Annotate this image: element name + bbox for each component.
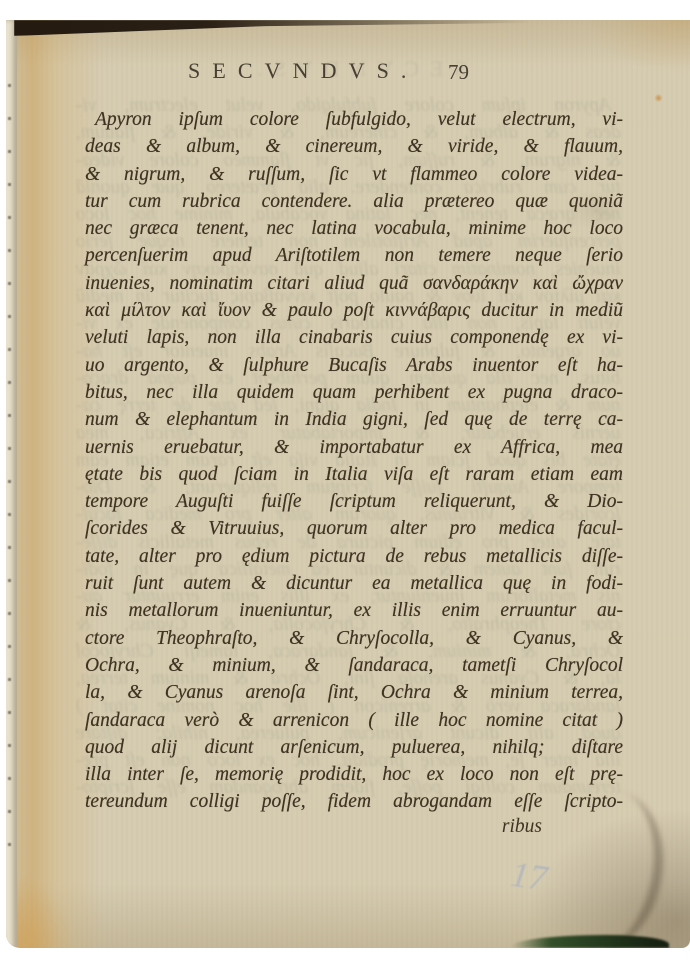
text-line: tate, alter pro ędium pictura de rebus m… (85, 543, 623, 570)
cover-edge-green (511, 935, 669, 948)
text-line: ſandaraca verò & arrenicon ( ille hoc no… (85, 707, 623, 734)
body-text-block: Apyron ipſum colore ſubfulgido, velut el… (85, 106, 623, 816)
text-line: num & elephantum in India gigni, ſed quę… (85, 406, 623, 433)
facing-page-edge (6, 20, 17, 948)
text-line: percenſuerim apud Ariſtotilem non temere… (85, 242, 623, 269)
running-title: SECVNDVS. (188, 58, 419, 84)
text-line: nec græca tenent, nec latina vocabula, m… (85, 215, 623, 242)
text-line: ruit ſunt autem & dicuntur ea metallica … (85, 570, 623, 597)
book-scan: SECVNDVS. SECVNDVS. 79 Apyron ipſum colo… (0, 0, 690, 976)
text-line: Apyron ipſum colore ſubfulgido, velut el… (85, 106, 623, 133)
text-line: ſcorides & Vitruuius, quorum alter pro m… (85, 515, 623, 542)
text-line: deas & album, & cinereum, & viride, & fl… (85, 133, 623, 160)
text-line: & nigrum, & ruſſum, ſic vt flammeo color… (85, 161, 623, 188)
text-line: ętate bis quod ſciam in Italia viſa eſt … (85, 461, 623, 488)
page-number: 79 (448, 60, 469, 85)
text-line: bitus, nec illa quidem quam perhibent ex… (85, 379, 623, 406)
text-line: nis metallorum inueniuntur, ex illis eni… (85, 597, 623, 624)
text-line: la, & Cyanus arenoſa ſint, Ochra & miniu… (85, 679, 623, 706)
text-line: quod alij dicunt arſenicum, puluerea, ni… (85, 734, 623, 761)
text-line: καὶ μίλτον καὶ ἴυον & paulo poſt κιννάβα… (85, 297, 623, 324)
stain (654, 94, 663, 102)
book-page: SECVNDVS. SECVNDVS. 79 Apyron ipſum colo… (6, 20, 690, 948)
text-line: ctore Theophraſto, & Chryſocolla, & Cyan… (85, 625, 623, 652)
stain (566, 190, 626, 230)
binding-shadow-top (14, 20, 574, 36)
text-line: veluti lapis, non illa cinabaris cuius c… (85, 324, 623, 351)
text-line: inuenies, nominatim citari aliud quã σαν… (85, 270, 623, 297)
text-line: tereundum colligi poſſe, fidem abroganda… (85, 788, 623, 815)
text-line: tempore Auguſti fuiſſe ſcriptum reliquer… (85, 488, 623, 515)
text-line: illa inter ſe, memorię prodidit, hoc ex … (85, 761, 623, 788)
text-line: tur cum rubrica contendere. alia prætere… (85, 188, 623, 215)
text-line: uernis eruebatur, & importabatur ex Affr… (85, 434, 623, 461)
text-line: Ochra, & minium, & ſandaraca, tametſi Ch… (85, 652, 623, 679)
text-line: uo argento, & ſulphure Bucaſis Arabs inu… (85, 352, 623, 379)
catchword: ribus (502, 816, 542, 838)
